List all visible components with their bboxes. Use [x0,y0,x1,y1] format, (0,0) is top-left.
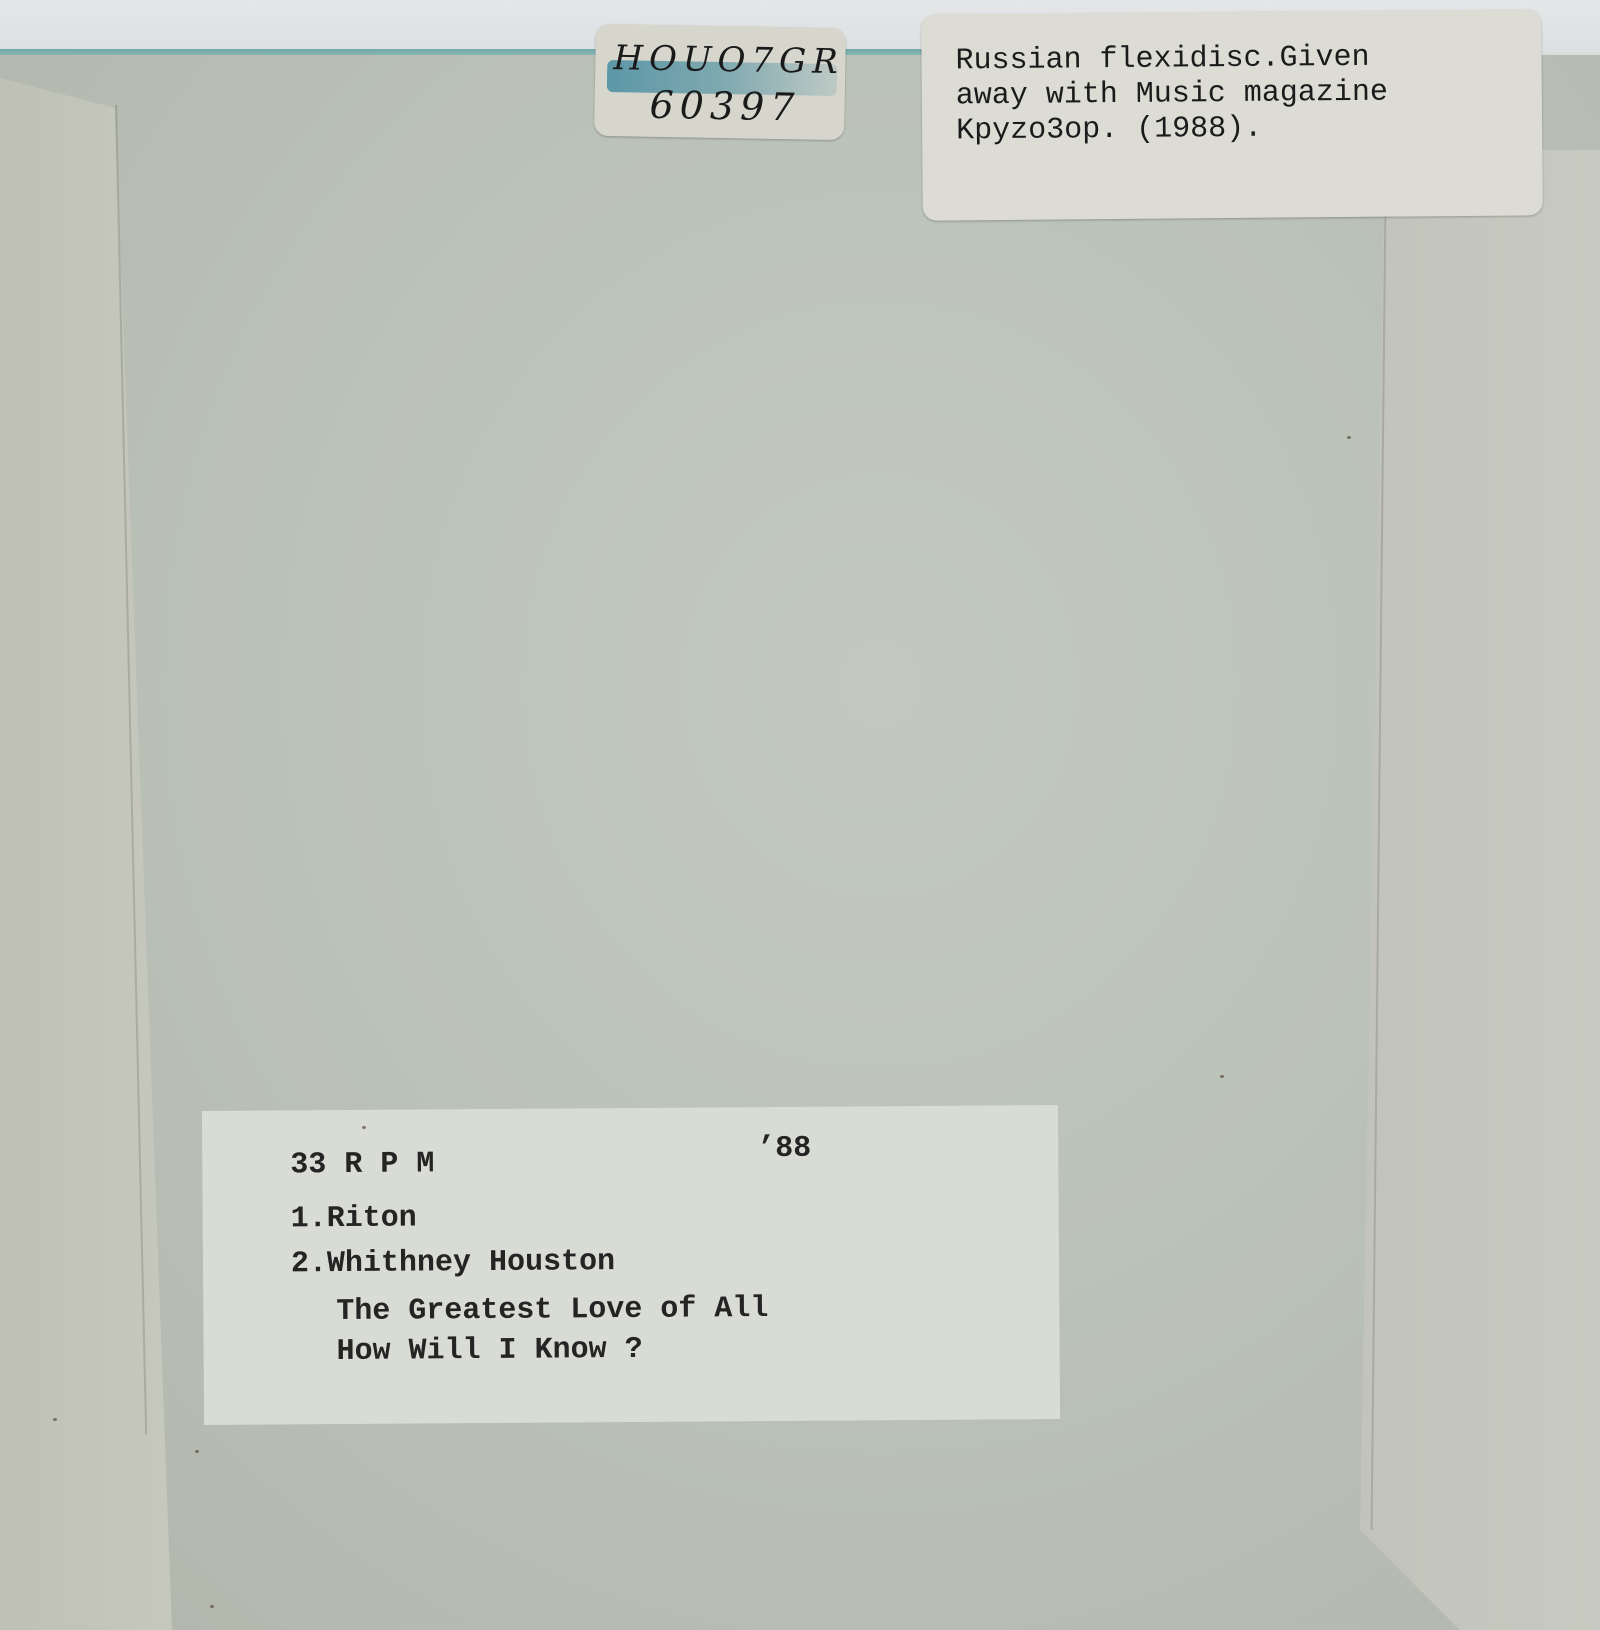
dust-speck [53,1418,57,1421]
catalog-code-line1: HOUO7GR [613,38,844,82]
catalog-code-label: HOUO7GR 60397 [594,24,846,140]
description-line: Russian flexidisc.Given [955,41,1369,79]
track-1: 1.Riton [291,1201,417,1236]
speed-text: 33 R P M [290,1147,434,1182]
dust-speck [362,1126,366,1129]
year-text: ’88 [757,1132,811,1166]
tracklist-label: 33 R P M ’88 1.Riton 2.Whithney Houston … [202,1105,1060,1425]
catalog-code-line2: 60397 [649,83,801,130]
dust-speck [195,1450,199,1453]
song-title: The Greatest Love of All [336,1292,768,1329]
dust-speck [1347,436,1351,439]
track-2: 2.Whithney Houston [291,1245,615,1281]
dust-speck [210,1605,214,1608]
song-title: How Will I Know ? [336,1333,642,1369]
dust-speck [1220,1075,1224,1078]
description-line: away with Music magazine [956,76,1388,114]
right-flap [1360,150,1600,1630]
description-line: Kpyzo3op. (1988). [956,112,1262,149]
description-label: Russian flexidisc.Given away with Music … [921,9,1543,220]
